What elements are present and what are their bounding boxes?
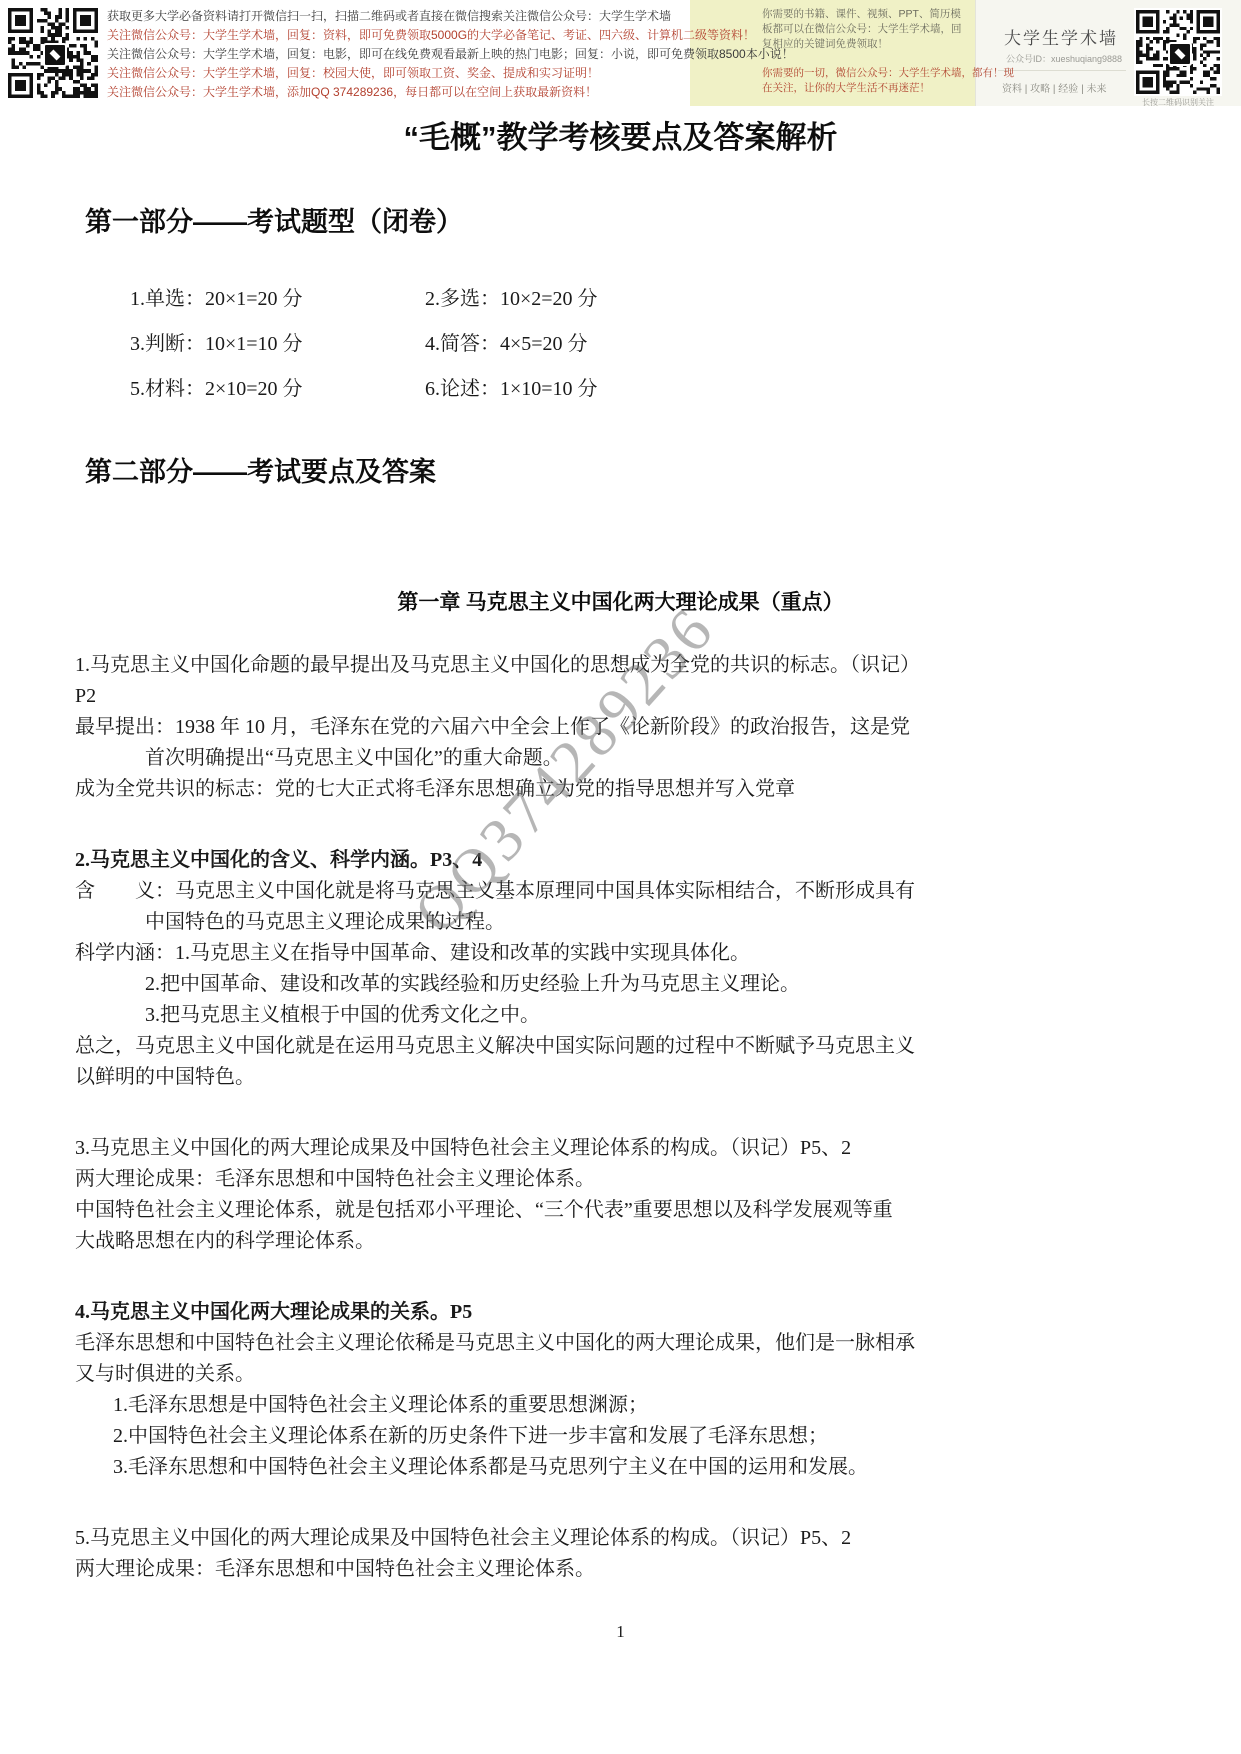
qr-code-left: [8, 8, 98, 98]
body-line: 2.马克思主义中国化的含义、科学内涵。P3、4: [75, 845, 1167, 876]
document-page: 获取更多大学必备资料请打开微信扫一扫，扫描二维码或者直接在微信搜索关注微信公众号…: [0, 0, 1241, 1754]
exam-row: 5.材料：2×10=20 分 6.论述：1×10=10 分: [130, 374, 598, 405]
promo-banner: 获取更多大学必备资料请打开微信扫一扫，扫描二维码或者直接在微信搜索关注微信公众号…: [0, 0, 1241, 106]
body-line: 2.把中国革命、建设和改革的实践经验和历史经验上升为马克思主义理论。: [75, 969, 1167, 1000]
page-number: 1: [0, 1622, 1241, 1642]
exam-row: 1.单选：20×1=20 分 2.多选：10×2=20 分: [130, 284, 598, 315]
brand-account-id: 公众号ID：xueshuqiang9888: [1006, 52, 1122, 65]
body-line: 2.中国特色社会主义理论体系在新的历史条件下进一步丰富和发展了毛泽东思想；: [75, 1421, 1167, 1452]
body-line: 以鲜明的中国特色。: [75, 1062, 1167, 1093]
body-line: 1.毛泽东思想是中国特色社会主义理论体系的重要思想渊源；: [75, 1390, 1167, 1421]
grad-cap-logo-icon: [43, 43, 67, 67]
body-line: 大战略思想在内的科学理论体系。: [75, 1226, 1167, 1257]
body-line: P2: [75, 681, 1167, 712]
body-text: 1.马克思主义中国化命题的最早提出及马克思主义中国化的思想成为全党的共识的标志。…: [75, 650, 1167, 1585]
body-line: [75, 1257, 1167, 1297]
exam-item: 1.单选：20×1=20 分: [130, 284, 425, 315]
body-line: [75, 805, 1167, 845]
exam-item: 5.材料：2×10=20 分: [130, 374, 425, 405]
banner-line: 获取更多大学必备资料请打开微信扫一扫，扫描二维码或者直接在微信搜索关注微信公众号…: [107, 7, 987, 26]
body-line: 3.把马克思主义植根于中国的优秀文化之中。: [75, 1000, 1167, 1031]
body-line: [75, 1483, 1167, 1523]
exam-type-list: 1.单选：20×1=20 分 2.多选：10×2=20 分 3.判断：10×1=…: [130, 284, 598, 419]
body-line: 3.毛泽东思想和中国特色社会主义理论体系都是马克思列宁主义在中国的运用和发展。: [75, 1452, 1167, 1483]
banner-line: 关注微信公众号：大学生学术墙，回复：资料，即可免费领取5000G的大学必备笔记、…: [107, 26, 987, 45]
page-title: “毛概”教学考核要点及答案解析: [0, 112, 1241, 157]
body-line: 首次明确提出“马克思主义中国化”的重大命题。: [75, 743, 1167, 774]
body-line: 又与时俱进的关系。: [75, 1359, 1167, 1390]
body-line: 两大理论成果：毛泽东思想和中国特色社会主义理论体系。: [75, 1554, 1167, 1585]
banner-line: 关注微信公众号：大学生学术墙，回复：电影，即可在线免费观看最新上映的热门电影；回…: [107, 45, 987, 64]
exam-row: 3.判断：10×1=10 分 4.简答：4×5=20 分: [130, 329, 598, 360]
brand-title: 大学生学术墙: [1004, 24, 1118, 49]
exam-item: 6.论述：1×10=10 分: [425, 374, 598, 405]
body-line: 总之，马克思主义中国化就是在运用马克思主义解决中国实际问题的过程中不断赋予马克思…: [75, 1031, 1167, 1062]
body-line: [75, 1093, 1167, 1133]
part2-heading: 第二部分——考试要点及答案: [85, 450, 436, 489]
body-line: 4.马克思主义中国化两大理论成果的关系。P5: [75, 1297, 1167, 1328]
qr-code-right: [1134, 8, 1222, 96]
body-line: 两大理论成果：毛泽东思想和中国特色社会主义理论体系。: [75, 1164, 1167, 1195]
qr-caption: 长按二维码识别关注: [1134, 97, 1222, 108]
body-line: 1.马克思主义中国化命题的最早提出及马克思主义中国化的思想成为全党的共识的标志。…: [75, 650, 1167, 681]
body-line: 最早提出：1938 年 10 月，毛泽东在党的六届六中全会上作了《论新阶段》的政…: [75, 712, 1167, 743]
body-line: 3.马克思主义中国化的两大理论成果及中国特色社会主义理论体系的构成。（识记）P5…: [75, 1133, 1167, 1164]
exam-item: 3.判断：10×1=10 分: [130, 329, 425, 360]
body-line: 中国特色的马克思主义理论成果的过程。: [75, 907, 1167, 938]
body-line: 含 义：马克思主义中国化就是将马克思主义基本原理同中国具体实际相结合，不断形成具…: [75, 876, 1167, 907]
body-line: 成为全党共识的标志：党的七大正式将毛泽东思想确立为党的指导思想并写入党章: [75, 774, 1167, 805]
chapter-heading: 第一章 马克思主义中国化两大理论成果（重点）: [0, 586, 1241, 616]
banner-middle-bottom-text: 你需要的一切，微信公众号：大学生学术墙，都有！现在关注，让你的大学生活不再迷茫！: [762, 66, 1024, 96]
exam-item: 4.简答：4×5=20 分: [425, 329, 598, 360]
body-line: 科学内涵：1.马克思主义在指导中国革命、建设和改革的实践中实现具体化。: [75, 938, 1167, 969]
grad-cap-logo-icon: [1168, 42, 1192, 66]
body-line: 毛泽东思想和中国特色社会主义理论依稀是马克思主义中国化的两大理论成果，他们是一脉…: [75, 1328, 1167, 1359]
body-line: 5.马克思主义中国化的两大理论成果及中国特色社会主义理论体系的构成。（识记）P5…: [75, 1523, 1167, 1554]
body-line: 中国特色社会主义理论体系，就是包括邓小平理论、“三个代表”重要思想以及科学发展观…: [75, 1195, 1167, 1226]
part1-heading: 第一部分——考试题型（闭卷）: [85, 200, 463, 239]
exam-item: 2.多选：10×2=20 分: [425, 284, 598, 315]
